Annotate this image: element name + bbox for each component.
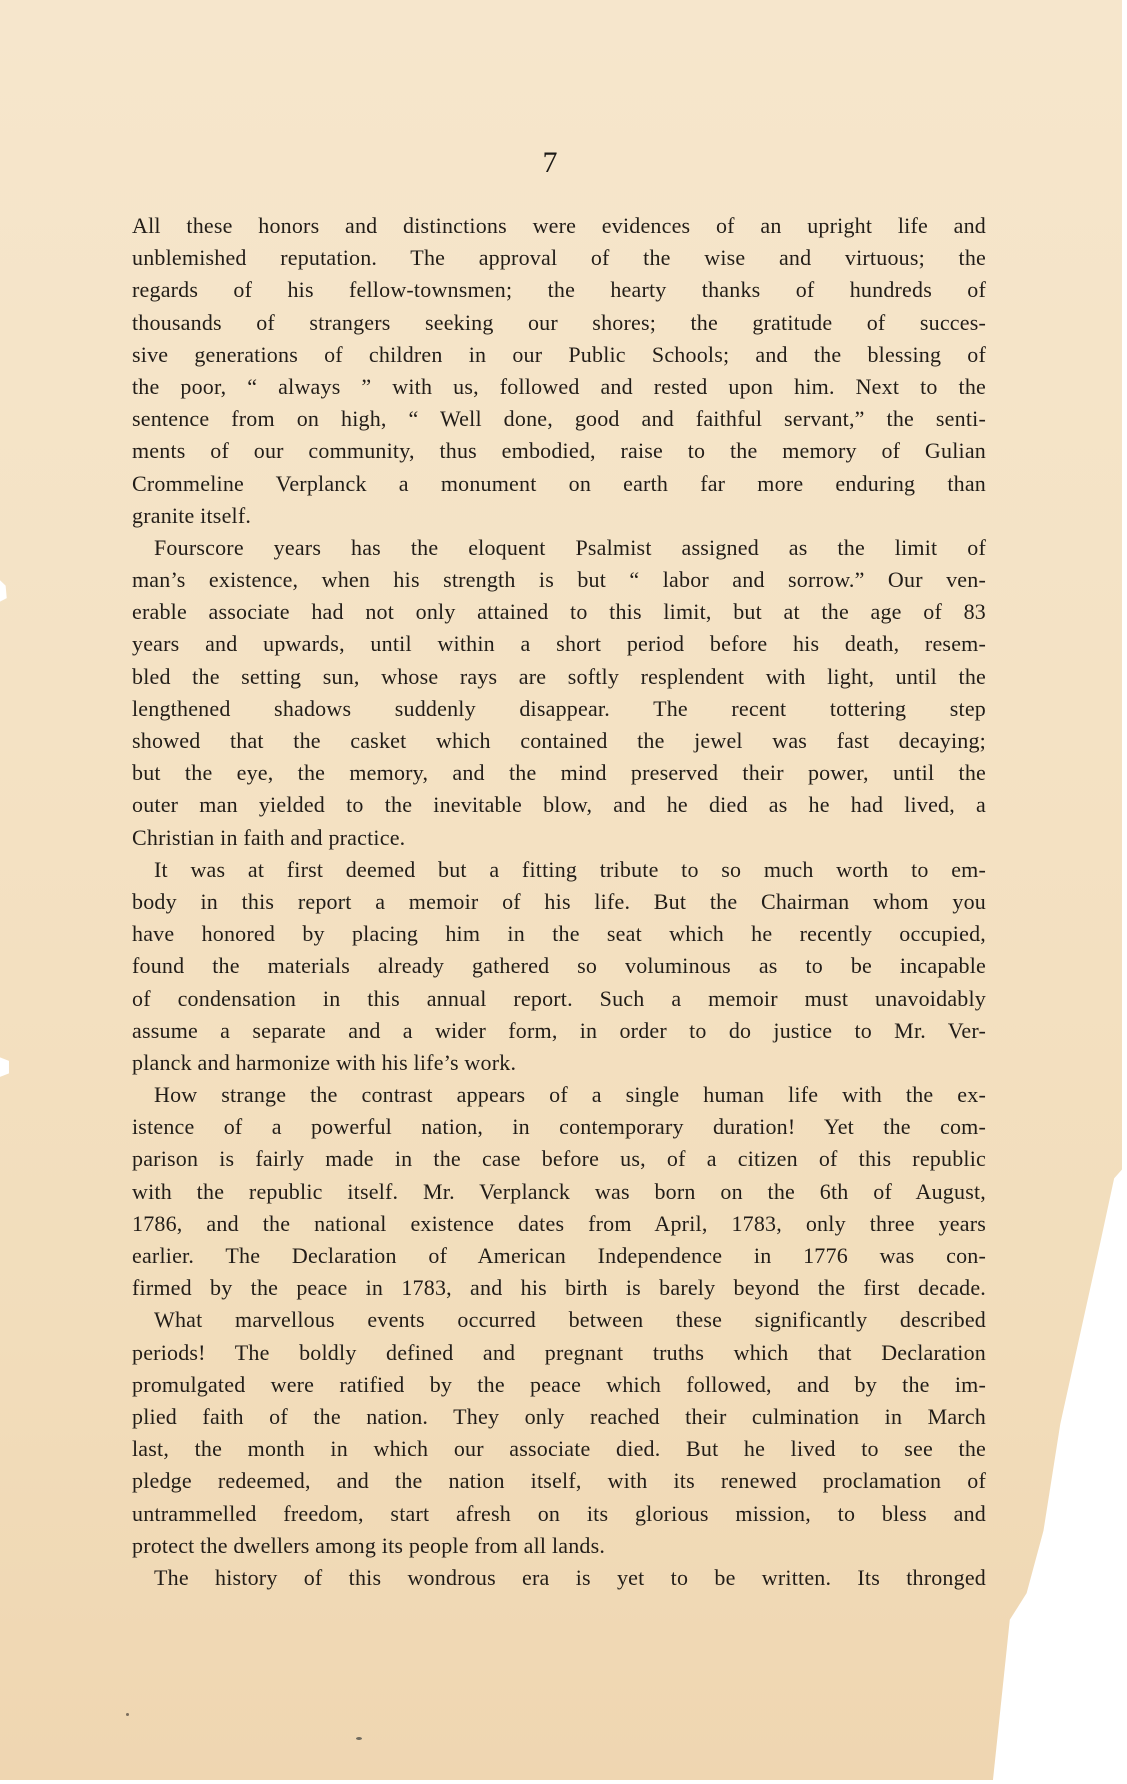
text-line: erable associate had not only attained t… — [132, 596, 986, 628]
scanned-page: 7 All these honors and distinctions were… — [0, 0, 1122, 1780]
ink-speck — [1107, 1568, 1112, 1573]
text-line: All these honors and distinctions were e… — [132, 210, 986, 242]
text-line: granite itself. — [132, 500, 986, 532]
text-line: Crommeline Verplanck a monument on earth… — [132, 468, 986, 500]
paragraph-5: What marvellous events occurred between … — [132, 1304, 986, 1562]
text-line: periods! The boldly defined and pregnant… — [132, 1337, 986, 1369]
page-number: 7 — [0, 146, 1100, 180]
paragraph-4: How strange the contrast appears of a si… — [132, 1079, 986, 1304]
text-line: The history of this wondrous era is yet … — [132, 1562, 986, 1594]
text-line: What marvellous events occurred between … — [132, 1304, 986, 1336]
text-line: body in this report a memoir of his life… — [132, 886, 986, 918]
text-line: It was at first deemed but a fitting tri… — [132, 854, 986, 886]
text-line: firmed by the peace in 1783, and his bir… — [132, 1272, 986, 1304]
body-text: All these honors and distinctions were e… — [132, 210, 986, 1594]
paragraph-6: The history of this wondrous era is yet … — [132, 1562, 986, 1594]
text-line: have honored by placing him in the seat … — [132, 918, 986, 950]
text-line: but the eye, the memory, and the mind pr… — [132, 757, 986, 789]
text-line: sentence from on high, “ Well done, good… — [132, 403, 986, 435]
text-line: the poor, “ always ” with us, followed a… — [132, 371, 986, 403]
text-line: Christian in faith and practice. — [132, 822, 986, 854]
text-line: How strange the contrast appears of a si… — [132, 1079, 986, 1111]
text-line: years and upwards, until within a short … — [132, 628, 986, 660]
text-line: with the republic itself. Mr. Verplanck … — [132, 1176, 986, 1208]
text-line: untrammelled freedom, start afresh on it… — [132, 1498, 986, 1530]
text-line: ments of our community, thus embodied, r… — [132, 435, 986, 467]
text-line: regards of his fellow-townsmen; the hear… — [132, 274, 986, 306]
ink-speck — [126, 1713, 129, 1716]
paragraph-3: It was at first deemed but a fitting tri… — [132, 854, 986, 1079]
text-line: Fourscore years has the eloquent Psalmis… — [132, 532, 986, 564]
text-line: 1786, and the national existence dates f… — [132, 1208, 986, 1240]
text-line: earlier. The Declaration of American Ind… — [132, 1240, 986, 1272]
text-line: thousands of strangers seeking our shore… — [132, 307, 986, 339]
text-line: bled the setting sun, whose rays are sof… — [132, 661, 986, 693]
text-line: parison is fairly made in the case befor… — [132, 1143, 986, 1175]
text-line: promulgated were ratified by the peace w… — [132, 1369, 986, 1401]
text-line: assume a separate and a wider form, in o… — [132, 1015, 986, 1047]
text-line: man’s existence, when his strength is bu… — [132, 564, 986, 596]
text-line: of condensation in this annual report. S… — [132, 983, 986, 1015]
text-line: plied faith of the nation. They only rea… — [132, 1401, 986, 1433]
text-line: found the materials already gathered so … — [132, 950, 986, 982]
text-line: planck and harmonize with his life’s wor… — [132, 1047, 986, 1079]
text-line: lengthened shadows suddenly disappear. T… — [132, 693, 986, 725]
text-line: sive generations of children in our Publ… — [132, 339, 986, 371]
ink-speck — [356, 1737, 362, 1740]
paragraph-1: All these honors and distinctions were e… — [132, 210, 986, 532]
text-line: outer man yielded to the inevitable blow… — [132, 789, 986, 821]
text-line: showed that the casket which contained t… — [132, 725, 986, 757]
text-line: istence of a powerful nation, in contemp… — [132, 1111, 986, 1143]
paragraph-2: Fourscore years has the eloquent Psalmis… — [132, 532, 986, 854]
text-line: last, the month in which our associate d… — [132, 1433, 986, 1465]
text-line: unblemished reputation. The approval of … — [132, 242, 986, 274]
text-line: pledge redeemed, and the nation itself, … — [132, 1465, 986, 1497]
text-line: protect the dwellers among its people fr… — [132, 1530, 986, 1562]
